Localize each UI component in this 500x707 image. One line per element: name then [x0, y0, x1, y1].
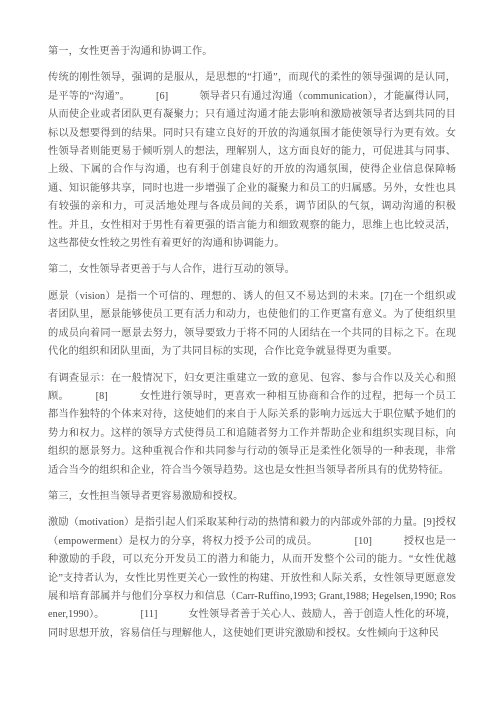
- section-heading-1: 第一，女性更善于沟通和协调工作。: [48, 43, 456, 61]
- document-page: 第一，女性更善于沟通和协调工作。 传统的刚性领导，强调的是服从，是思想的“打通”…: [0, 0, 500, 707]
- paragraph-motivation-empowerment: 激励（motivation）是指引起人们采取某种行动的热情和毅力的内部或外部的力…: [48, 514, 456, 643]
- paragraph-vision: 愿景（vision）是指一个可信的、理想的、诱人的但又不易达到的未来。[7]在一…: [48, 288, 456, 362]
- document-body: { "document": { "language": "zh-CN", "ba…: [0, 0, 500, 707]
- document-content: 第一，女性更善于沟通和协调工作。 传统的刚性领导，强调的是服从，是思想的“打通”…: [48, 43, 456, 643]
- section-heading-3: 第三，女性担当领导者更容易激励和授权。: [48, 488, 456, 506]
- section-heading-2: 第二，女性领导者更善于与人合作，进行互动的领导。: [48, 261, 456, 279]
- paragraph-communication: 传统的刚性领导，强调的是服从，是思想的“打通”，而现代的柔性的领导强调的是认同，…: [48, 69, 456, 253]
- paragraph-cooperation: 有调查显示：在一般情况下，妇女更注重建立一致的意见、包容、参与合作以及关心和照顾…: [48, 370, 456, 480]
